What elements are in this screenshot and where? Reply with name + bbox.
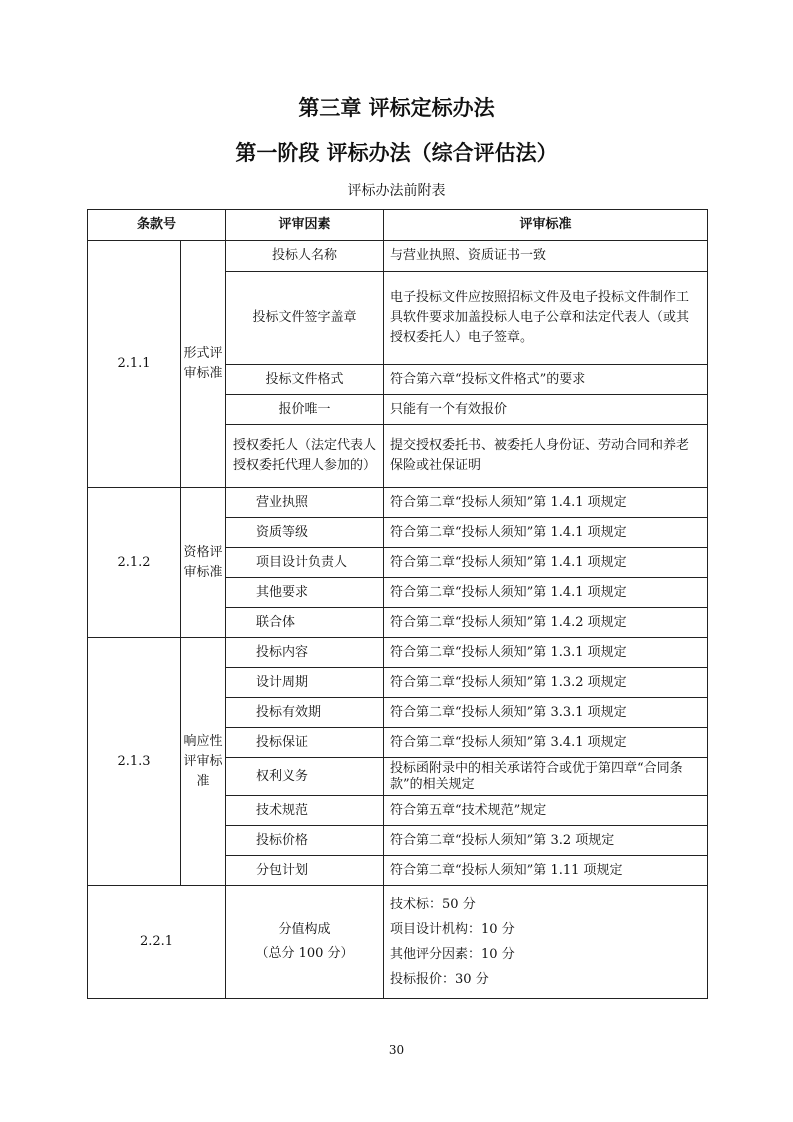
standard-cell: 投标函附录中的相关承诺符合或优于第四章“合同条款”的相关规定	[384, 758, 708, 796]
factor-cell: 资质等级	[226, 518, 384, 548]
factor-cell: 其他要求	[226, 578, 384, 608]
score-item: 技术标：50 分	[390, 892, 701, 917]
table-row: 2.1.2 资格评审标准 营业执照 符合第二章“投标人须知”第 1.4.1 项规…	[88, 488, 708, 518]
standard-cell: 符合第二章“投标人须知”第 1.11 项规定	[384, 856, 708, 886]
factor-cell: 联合体	[226, 608, 384, 638]
standard-cell: 符合第二章“投标人须知”第 1.4.2 项规定	[384, 608, 708, 638]
standard-cell: 只能有一个有效报价	[384, 395, 708, 425]
clause-cell: 2.1.2	[88, 488, 181, 638]
score-row: 2.2.1 分值构成 （总分 100 分） 技术标：50 分 项目设计机构：10…	[88, 886, 708, 999]
standard-cell: 符合第二章“投标人须知”第 3.2 项规定	[384, 826, 708, 856]
factor-cell: 报价唯一	[226, 395, 384, 425]
header-standard: 评审标准	[384, 210, 708, 241]
factor-cell: 分包计划	[226, 856, 384, 886]
standard-cell: 符合第二章“投标人须知”第 1.4.1 项规定	[384, 548, 708, 578]
category-cell: 资格评审标准	[181, 488, 226, 638]
category-cell: 响应性评审标准	[181, 638, 226, 886]
score-factor-line2: （总分 100 分）	[232, 944, 377, 964]
clause-cell: 2.1.3	[88, 638, 181, 886]
standard-cell: 符合第二章“投标人须知”第 1.4.1 项规定	[384, 578, 708, 608]
standard-cell: 符合第二章“投标人须知”第 3.4.1 项规定	[384, 728, 708, 758]
standard-cell: 符合第二章“投标人须知”第 1.3.1 项规定	[384, 638, 708, 668]
factor-cell: 授权委托人（法定代表人授权委托代理人参加的）	[226, 425, 384, 488]
factor-cell: 投标有效期	[226, 698, 384, 728]
standard-cell: 提交授权委托书、被委托人身份证、劳动合同和养老保险或社保证明	[384, 425, 708, 488]
standard-cell: 符合第二章“投标人须知”第 1.4.1 项规定	[384, 488, 708, 518]
chapter-title: 第三章 评标定标办法	[0, 92, 793, 122]
table-title: 评标办法前附表	[0, 180, 793, 200]
table-row: 2.1.3 响应性评审标准 投标内容 符合第二章“投标人须知”第 1.3.1 项…	[88, 638, 708, 668]
table-header-row: 条款号 评审因素 评审标准	[88, 210, 708, 241]
header-clause: 条款号	[88, 210, 226, 241]
score-item: 投标报价：30 分	[390, 967, 701, 992]
factor-cell: 投标文件签字盖章	[226, 272, 384, 365]
factor-cell: 投标保证	[226, 728, 384, 758]
standard-cell: 符合第二章“投标人须知”第 1.4.1 项规定	[384, 518, 708, 548]
standard-cell: 符合第六章“投标文件格式”的要求	[384, 365, 708, 395]
factor-cell: 投标文件格式	[226, 365, 384, 395]
factor-cell: 项目设计负责人	[226, 548, 384, 578]
score-factor-line1: 分值构成	[232, 920, 377, 940]
score-item: 项目设计机构：10 分	[390, 917, 701, 942]
factor-cell: 投标内容	[226, 638, 384, 668]
standard-cell: 电子投标文件应按照招标文件及电子投标文件制作工具软件要求加盖投标人电子公章和法定…	[384, 272, 708, 365]
category-cell: 形式评审标准	[181, 241, 226, 488]
factor-cell: 设计周期	[226, 668, 384, 698]
header-factor: 评审因素	[226, 210, 384, 241]
clause-cell: 2.2.1	[88, 886, 226, 999]
standard-cell: 符合第二章“投标人须知”第 3.3.1 项规定	[384, 698, 708, 728]
standard-cell: 与营业执照、资质证书一致	[384, 241, 708, 272]
standard-cell: 符合第二章“投标人须知”第 1.3.2 项规定	[384, 668, 708, 698]
section-title: 第一阶段 评标办法（综合评估法）	[0, 137, 793, 167]
factor-cell: 权利义务	[226, 758, 384, 796]
factor-cell: 分值构成 （总分 100 分）	[226, 886, 384, 999]
factor-cell: 技术规范	[226, 796, 384, 826]
table-row: 2.1.1 形式评审标准 投标人名称 与营业执照、资质证书一致	[88, 241, 708, 272]
score-item: 其他评分因素：10 分	[390, 942, 701, 967]
factor-cell: 投标人名称	[226, 241, 384, 272]
clause-cell: 2.1.1	[88, 241, 181, 488]
evaluation-table: 条款号 评审因素 评审标准 2.1.1 形式评审标准 投标人名称 与营业执照、资…	[87, 209, 708, 999]
page-number: 30	[0, 1043, 793, 1057]
factor-cell: 投标价格	[226, 826, 384, 856]
factor-cell: 营业执照	[226, 488, 384, 518]
standard-cell: 符合第五章“技术规范”规定	[384, 796, 708, 826]
standard-cell: 技术标：50 分 项目设计机构：10 分 其他评分因素：10 分 投标报价：30…	[384, 886, 708, 999]
